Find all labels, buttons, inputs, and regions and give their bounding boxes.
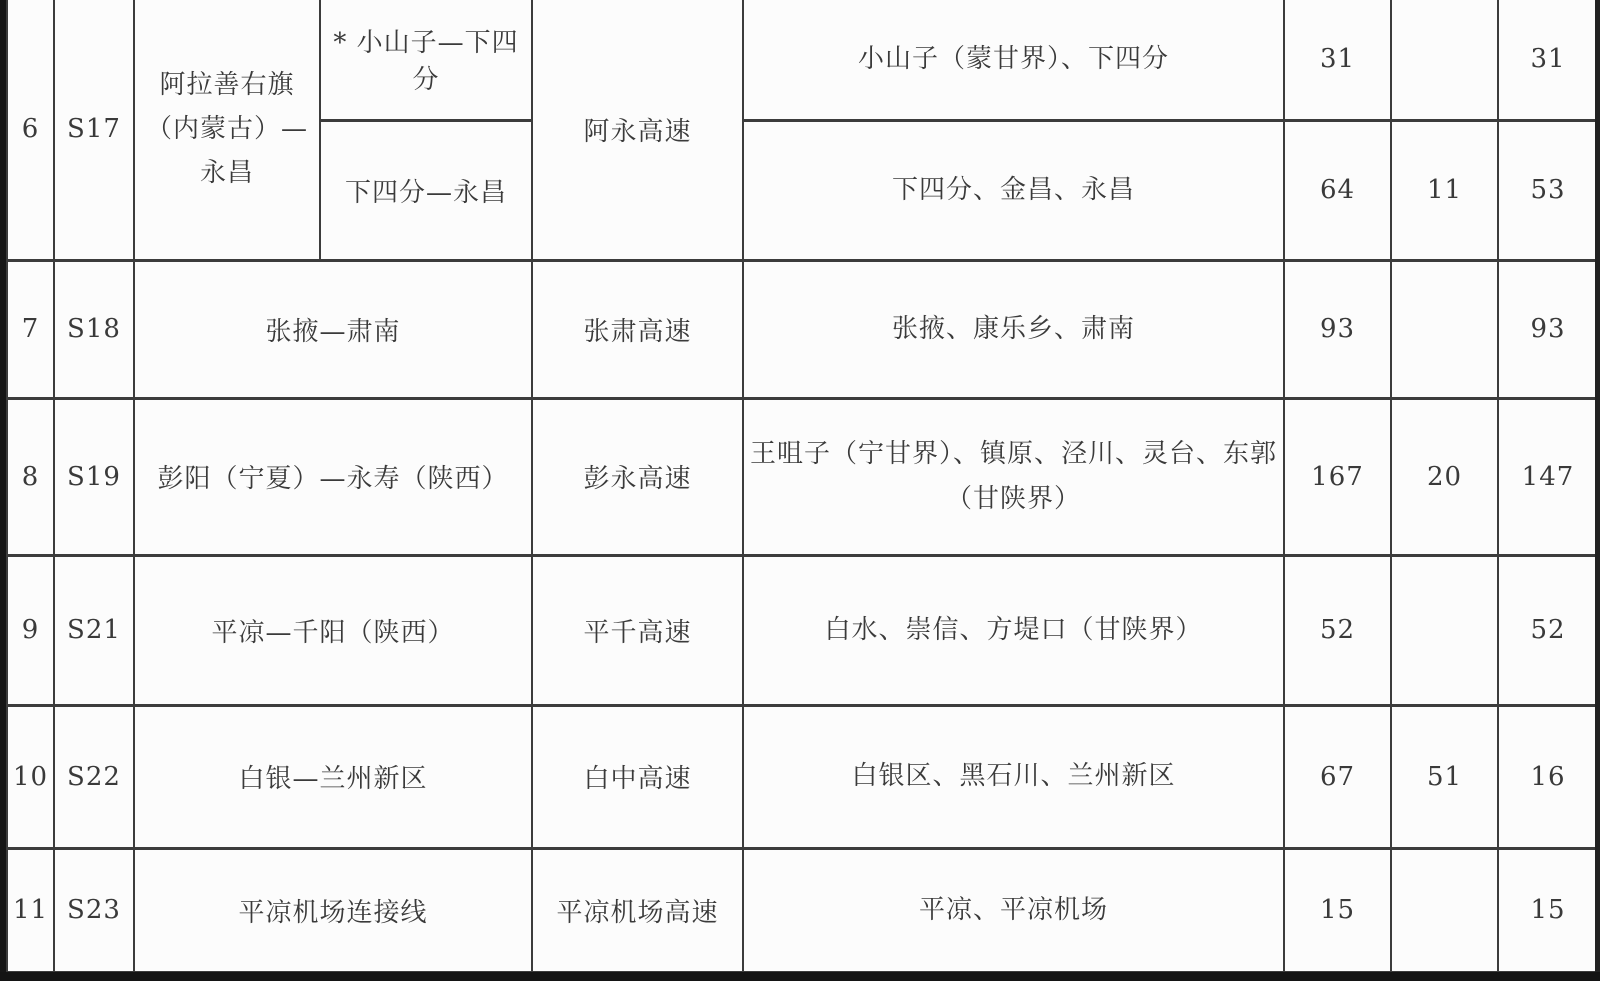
cell-route-name: 彭阳（宁夏）—永寿（陕西） xyxy=(134,398,532,555)
cell-control-points: 小山子（蒙甘界）、下四分 xyxy=(743,0,1284,120)
cell-highway-abbr: 平千高速 xyxy=(532,555,743,705)
table-row: 9 S21 平凉—千阳（陕西） 平千高速 白水、崇信、方堤口（甘陕界） 52 5… xyxy=(7,555,1598,705)
cell-km-total: 167 xyxy=(1284,398,1391,555)
table-row: 7 S18 张掖—肃南 张肃高速 张掖、康乐乡、肃南 93 93 xyxy=(7,260,1598,398)
cell-control-points: 下四分、金昌、永昌 xyxy=(743,120,1284,260)
cell-route-name: 平凉—千阳（陕西） xyxy=(134,555,532,705)
cell-km-total: 93 xyxy=(1284,260,1391,398)
cell-km-remaining: 16 xyxy=(1498,705,1598,848)
cell-route-code: S17 xyxy=(54,0,134,260)
cell-seq: 8 xyxy=(7,398,54,555)
page-right-edge xyxy=(1595,0,1600,981)
cell-highway-abbr: 平凉机场高速 xyxy=(532,848,743,972)
cell-highway-abbr: 阿永高速 xyxy=(532,0,743,260)
table-row: 11 S23 平凉机场连接线 平凉机场高速 平凉、平凉机场 15 15 xyxy=(7,848,1598,972)
cell-km-remaining: 15 xyxy=(1498,848,1598,972)
cell-km-built xyxy=(1391,260,1498,398)
cell-highway-abbr: 张肃高速 xyxy=(532,260,743,398)
cell-km-built xyxy=(1391,555,1498,705)
cell-km-remaining: 52 xyxy=(1498,555,1598,705)
cell-route-code: S23 xyxy=(54,848,134,972)
cell-km-built: 51 xyxy=(1391,705,1498,848)
cell-route-name: 白银—兰州新区 xyxy=(134,705,532,848)
cell-route-code: S22 xyxy=(54,705,134,848)
cell-route-code: S21 xyxy=(54,555,134,705)
cell-km-built: 20 xyxy=(1391,398,1498,555)
cell-seq: 6 xyxy=(7,0,54,260)
table-row: 8 S19 彭阳（宁夏）—永寿（陕西） 彭永高速 王咀子（宁甘界）、镇原、泾川、… xyxy=(7,398,1598,555)
cell-control-points: 白水、崇信、方堤口（甘陕界） xyxy=(743,555,1284,705)
cell-km-total: 31 xyxy=(1284,0,1391,120)
cell-km-total: 15 xyxy=(1284,848,1391,972)
cell-seq: 11 xyxy=(7,848,54,972)
cell-km-remaining: 31 xyxy=(1498,0,1598,120)
cell-control-points: 张掖、康乐乡、肃南 xyxy=(743,260,1284,398)
cell-control-points: 白银区、黑石川、兰州新区 xyxy=(743,705,1284,848)
cell-km-built: 11 xyxy=(1391,120,1498,260)
cell-seq: 7 xyxy=(7,260,54,398)
cell-seq: 9 xyxy=(7,555,54,705)
cell-route-code: S19 xyxy=(54,398,134,555)
highway-route-table: 6 S17 阿拉善右旗 （内蒙古）— 永昌 * 小山子—下四分 阿永高速 小山子… xyxy=(6,0,1599,974)
scanned-document-page: 6 S17 阿拉善右旗 （内蒙古）— 永昌 * 小山子—下四分 阿永高速 小山子… xyxy=(0,0,1600,981)
cell-seq: 10 xyxy=(7,705,54,848)
table-row: 6 S17 阿拉善右旗 （内蒙古）— 永昌 * 小山子—下四分 阿永高速 小山子… xyxy=(7,0,1598,120)
cell-km-total: 52 xyxy=(1284,555,1391,705)
cell-highway-abbr: 彭永高速 xyxy=(532,398,743,555)
table-row: 10 S22 白银—兰州新区 白中高速 白银区、黑石川、兰州新区 67 51 1… xyxy=(7,705,1598,848)
cell-control-points: 平凉、平凉机场 xyxy=(743,848,1284,972)
cell-km-built xyxy=(1391,0,1498,120)
cell-section-name: * 小山子—下四分 xyxy=(320,0,532,120)
cell-section-name: 下四分—永昌 xyxy=(320,120,532,260)
cell-km-built xyxy=(1391,848,1498,972)
cell-km-total: 67 xyxy=(1284,705,1391,848)
cell-km-total: 64 xyxy=(1284,120,1391,260)
cell-km-remaining: 93 xyxy=(1498,260,1598,398)
cell-route-name: 平凉机场连接线 xyxy=(134,848,532,972)
cell-route-name: 阿拉善右旗 （内蒙古）— 永昌 xyxy=(134,0,320,260)
cell-highway-abbr: 白中高速 xyxy=(532,705,743,848)
cell-km-remaining: 53 xyxy=(1498,120,1598,260)
page-bottom-edge xyxy=(0,972,1600,981)
page-left-edge xyxy=(0,0,6,981)
cell-route-code: S18 xyxy=(54,260,134,398)
cell-control-points: 王咀子（宁甘界）、镇原、泾川、灵台、东郭 （甘陕界） xyxy=(743,398,1284,555)
cell-route-name: 张掖—肃南 xyxy=(134,260,532,398)
cell-km-remaining: 147 xyxy=(1498,398,1598,555)
